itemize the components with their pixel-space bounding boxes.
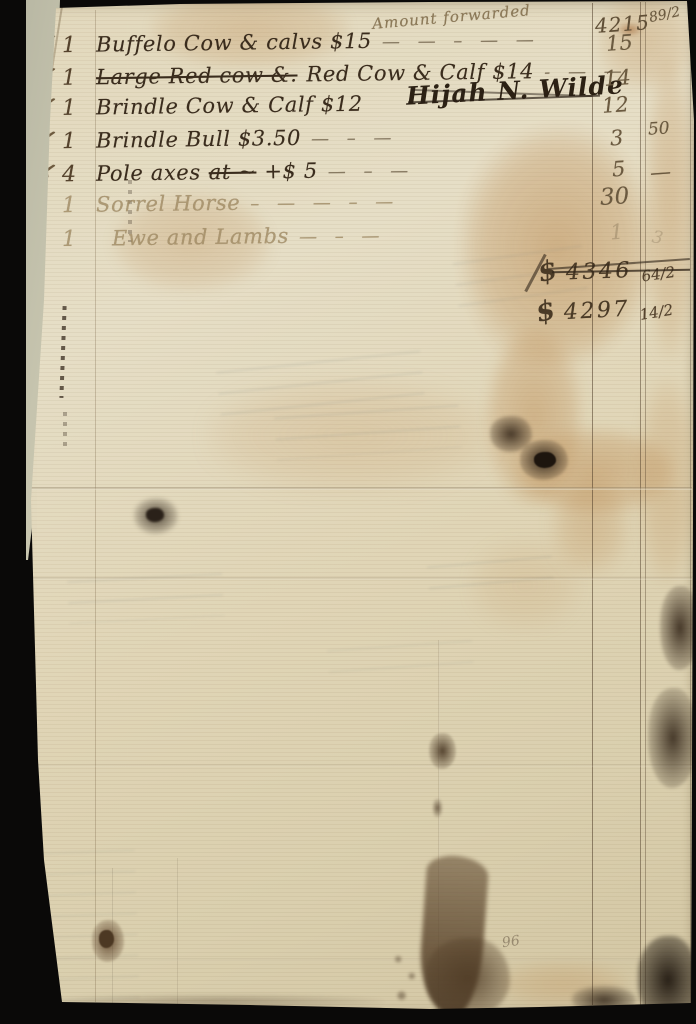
struck-item-text: Large Red cow &. [96, 62, 298, 89]
fold-crease [438, 640, 440, 1012]
ledger-row: 1 Sorrel Horse – — — – — [33, 188, 400, 218]
fold-crease [30, 764, 692, 767]
item-text: Pole axes [96, 160, 201, 185]
quantity: 4 [62, 162, 96, 187]
item-text: Brindle Bull $3.50 [96, 126, 301, 153]
ledger-row: ✗ 1 Buffelo Cow & calvs $15 — — – — — [33, 23, 540, 58]
cents-column-line [645, 2, 646, 1006]
cents-column-line [640, 2, 641, 1006]
ghost-rule-line [177, 858, 178, 1006]
ditto-dashes: – — — – — [250, 191, 399, 214]
smudge [146, 508, 164, 522]
ink-dots [59, 306, 66, 398]
ledger-row: ✗ 4 Pole axes at ~ +$ 5 — – — [33, 154, 415, 187]
pencil-mark: 96 [501, 933, 521, 951]
ledger-row: ✗ 1 Brindle Cow & Calf $12 [33, 89, 363, 122]
stain [638, 378, 696, 583]
ledger-row: ✗ 1 Brindle Bull $3.50 — – — [33, 121, 398, 154]
item-text: Sorrel Horse [96, 191, 241, 217]
photographed-document: Amount forwarded 4215 89/2 ✗ 1 Buffelo C… [0, 0, 696, 1024]
ink-blot [572, 986, 636, 1014]
amount-cents: — [649, 159, 672, 184]
amount-dollars: 5 [611, 157, 626, 182]
ink-blot [520, 440, 568, 480]
quantity: 1 [62, 65, 96, 90]
bleed-through-writing [67, 564, 225, 624]
total-fraction: 64/2 [640, 263, 676, 286]
amount-dollars: 30 [599, 183, 630, 211]
item-text: Ewe and Lambs [112, 224, 289, 250]
dollar-sign: $ [533, 294, 558, 328]
bleed-through-writing [327, 631, 475, 683]
total-final: $ 4297 14/2 [535, 289, 673, 327]
struck-word: at ~ [209, 160, 257, 185]
item-text: Buffelo Cow & calvs $15 [96, 29, 372, 57]
item-price: +$ 5 [264, 159, 318, 184]
ledger-paper: Amount forwarded 4215 89/2 ✗ 1 Buffelo C… [0, 0, 696, 1024]
stain [516, 428, 674, 514]
quantity: 1 [62, 33, 96, 58]
amount-dollars: 15 [605, 30, 633, 56]
smudge [134, 498, 178, 534]
total-fraction: 14/2 [638, 301, 674, 324]
ink-blot [638, 936, 696, 1024]
ink-blot [490, 416, 532, 452]
amount-dollars: 1 [609, 220, 624, 245]
dollars-column-line [592, 3, 593, 1005]
amount-cents: 50 [647, 118, 670, 139]
ink-blot [534, 452, 556, 468]
fold-crease [30, 577, 692, 580]
item-text: Brindle Cow & Calf $12 [96, 92, 363, 120]
ledger-row: 1 Ewe and Lambs — – — [33, 223, 386, 253]
amount-dollars: 12 [601, 92, 629, 118]
fold-crease [30, 487, 692, 490]
bleed-through-writing [426, 547, 555, 604]
paper-edge-line [690, 4, 691, 1004]
quantity: 1 [62, 193, 96, 218]
ghost-rule-line [112, 868, 113, 1004]
bleed-through-writing [39, 840, 140, 1003]
ditto-dashes: — – — [311, 127, 398, 149]
stain [552, 478, 628, 574]
ink-spatter [388, 948, 422, 1004]
quantity: 1 [62, 227, 96, 252]
ditto-dashes: — — – — — [382, 29, 540, 52]
quantity: 1 [62, 129, 96, 154]
quantity: 1 [62, 95, 96, 120]
ink-dots [63, 412, 67, 446]
ditto-dashes: — – — [299, 226, 386, 248]
total-amount: 4297 [563, 297, 630, 325]
stain [498, 962, 628, 1006]
amount-dollars: 3 [609, 126, 624, 151]
forwarded-fraction: 89/2 [648, 4, 682, 26]
ditto-dashes: — – — [328, 160, 415, 182]
ink-run-stain [416, 854, 489, 1018]
ink-blot [648, 688, 696, 788]
stain [486, 328, 582, 506]
fold-crease [30, 958, 692, 961]
amount-cents: 3 [650, 227, 664, 249]
amount-dollars: 14 [603, 65, 631, 91]
